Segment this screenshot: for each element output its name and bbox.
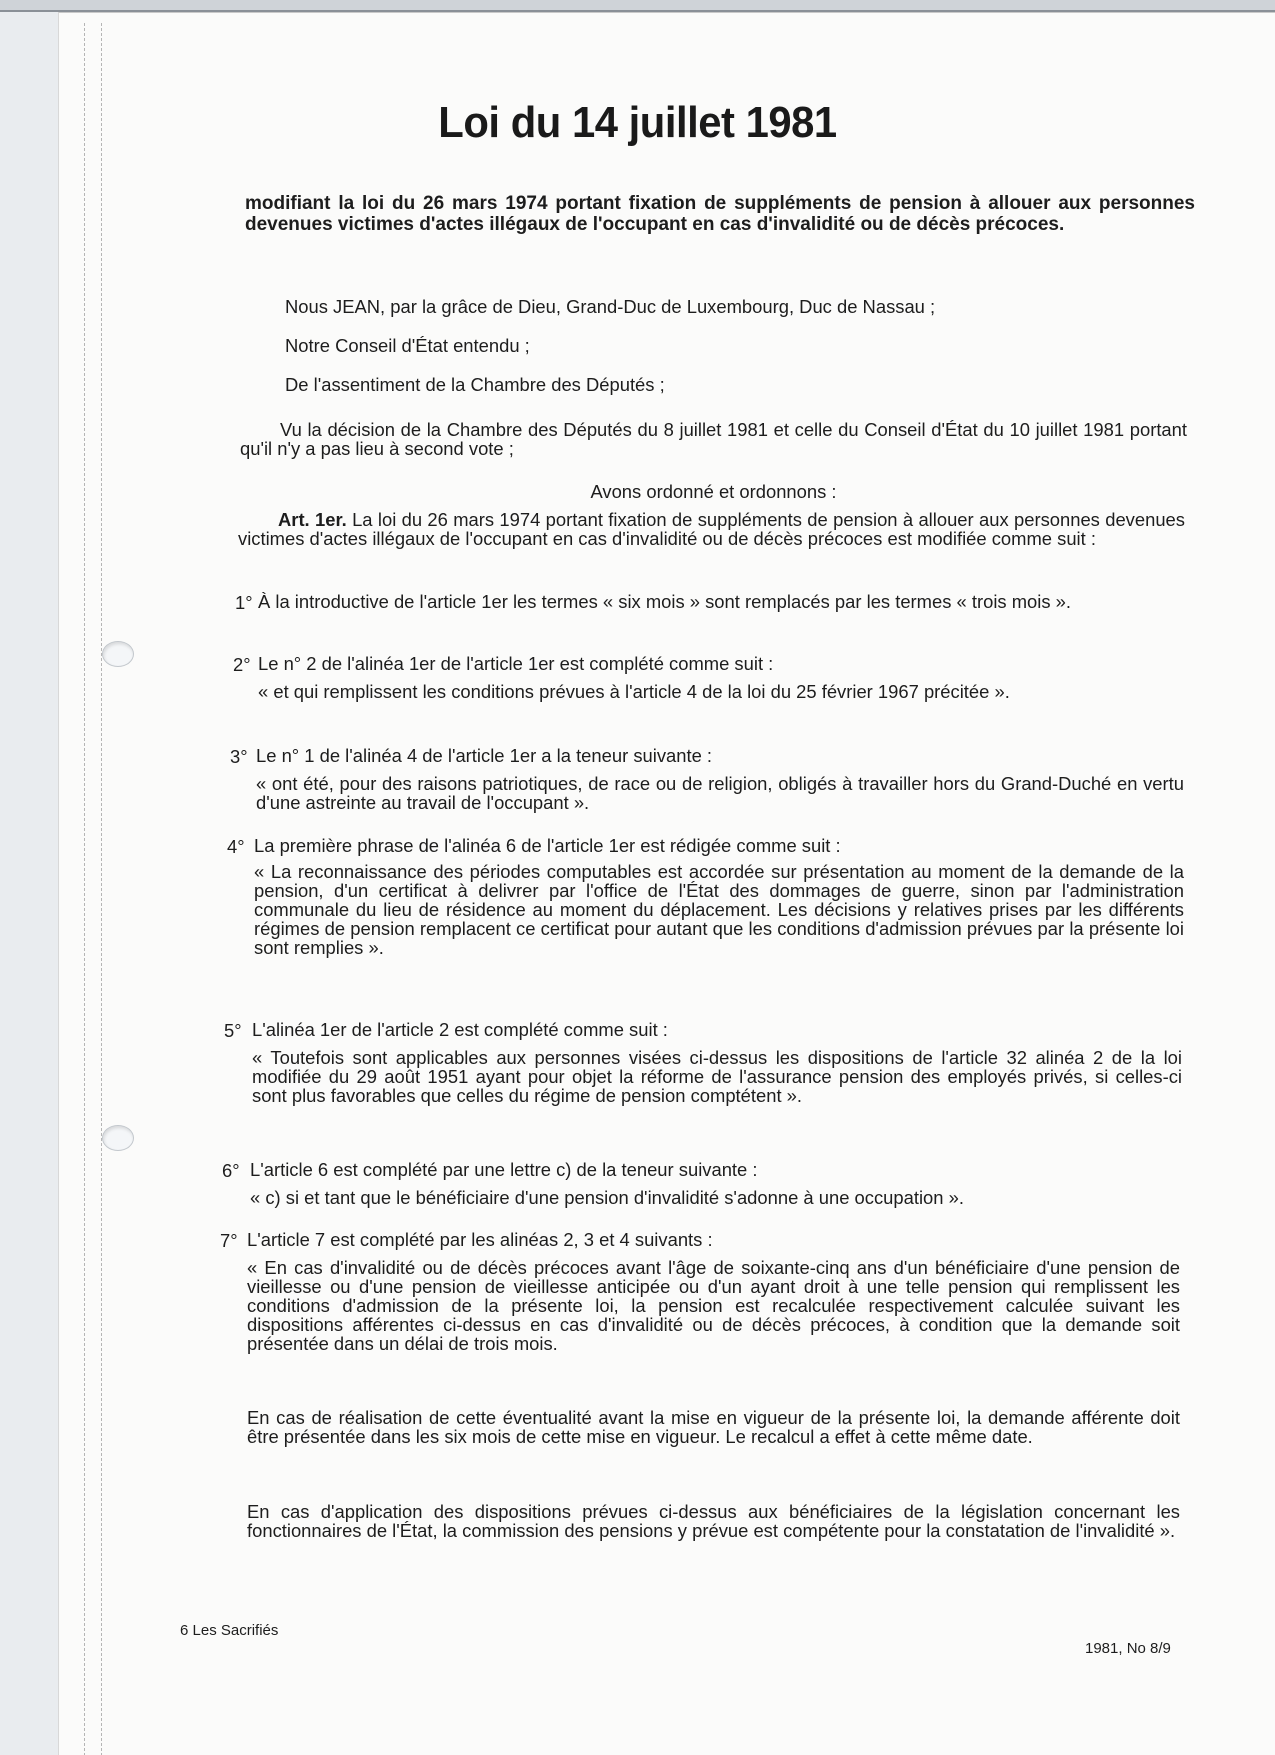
item-1-intro: À la introductive de l'article 1er les t… <box>258 592 1186 611</box>
item-2-number: 2° <box>233 654 251 676</box>
item-7-quote: « En cas d'invalidité ou de décès précoc… <box>247 1258 1180 1353</box>
item-6-quote: « c) si et tant que le bénéficiaire d'un… <box>250 1188 1180 1207</box>
preamble-line-2: Notre Conseil d'État entendu ; <box>285 336 1185 355</box>
item-6-intro: L'article 6 est complété par une lettre … <box>250 1160 1180 1179</box>
article-1-label: Art. 1er. <box>278 509 347 530</box>
footer-issue-number: 1981, No 8/9 <box>1085 1640 1171 1657</box>
item-4-quote: « La reconnaissance des périodes computa… <box>254 862 1184 957</box>
item-2-quote: « et qui remplissent les conditions prév… <box>258 682 1186 701</box>
item-3-quote: « ont été, pour des raisons patriotiques… <box>256 774 1184 812</box>
document-title: Loi du 14 juillet 1981 <box>32 98 1243 148</box>
item-3-number: 3° <box>230 746 248 768</box>
item-4-intro: La première phrase de l'alinéa 6 de l'ar… <box>254 836 1184 855</box>
preamble-line-4: Vu la décision de la Chambre des Députés… <box>240 420 1187 458</box>
article-1-text: La loi du 26 mars 1974 portant fixation … <box>238 509 1185 549</box>
footer-publication: 6 Les Sacrifiés <box>180 1622 278 1639</box>
perforation-line <box>84 23 85 1755</box>
perforation-line <box>101 23 102 1755</box>
punch-hole-icon <box>102 641 134 667</box>
item-6-number: 6° <box>222 1160 240 1182</box>
item-5-number: 5° <box>224 1020 242 1042</box>
item-7-intro: L'article 7 est complété par les alinéas… <box>247 1230 1180 1249</box>
scanner-top-edge <box>0 0 1275 12</box>
item-1-number: 1° <box>235 592 253 614</box>
item-3-intro: Le n° 1 de l'alinéa 4 de l'article 1er a… <box>256 746 1184 765</box>
item-2-intro: Le n° 2 de l'alinéa 1er de l'article 1er… <box>258 654 1186 673</box>
article-1: Art. 1er. La loi du 26 mars 1974 portant… <box>238 510 1185 548</box>
document-subtitle: modifiant la loi du 26 mars 1974 portant… <box>245 193 1195 235</box>
punch-hole-icon <box>102 1125 134 1151</box>
decree-formula: Avons ordonné et ordonnons : <box>240 482 1187 501</box>
item-4-number: 4° <box>227 836 245 858</box>
item-7-paragraph-2: En cas de réalisation de cette éventuali… <box>247 1408 1180 1446</box>
item-7-number: 7° <box>220 1230 238 1252</box>
item-7-paragraph-3: En cas d'application des dispositions pr… <box>247 1502 1180 1540</box>
preamble-line-1: Nous JEAN, par la grâce de Dieu, Grand-D… <box>285 297 1185 316</box>
item-5-intro: L'alinéa 1er de l'article 2 est complété… <box>252 1020 1182 1039</box>
item-5-quote: « Toutefois sont applicables aux personn… <box>252 1048 1182 1105</box>
preamble-line-3: De l'assentiment de la Chambre des Déput… <box>285 375 1185 394</box>
